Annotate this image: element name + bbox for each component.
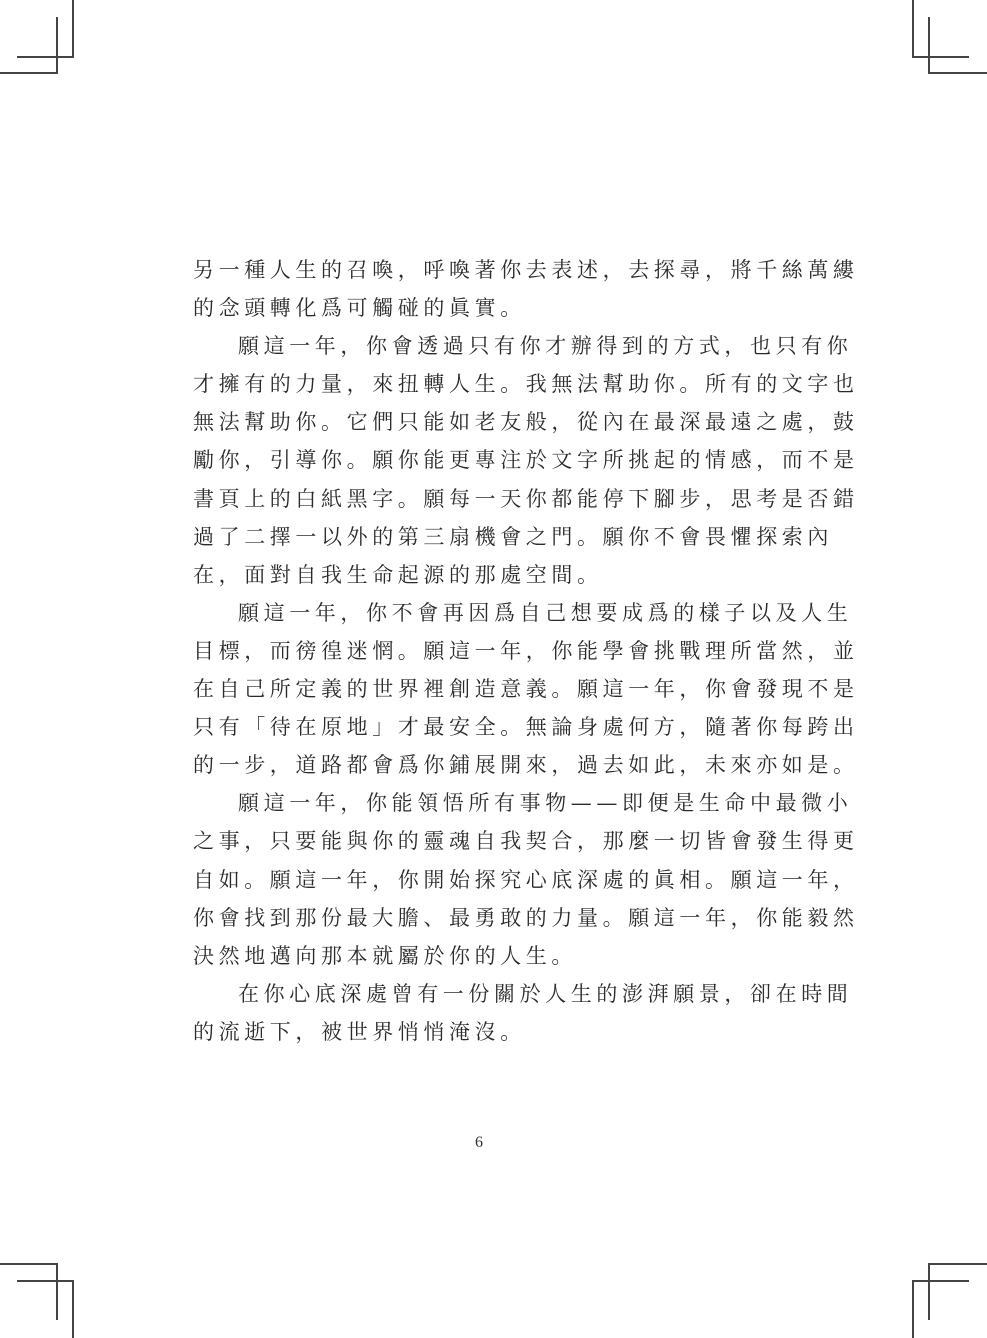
text-line: 只有「待在原地」才最安全。無論身處何方，隨著你每跨出 xyxy=(193,708,771,746)
paragraph: 另一種人生的召喚，呼喚著你去表述，去探尋，將千絲萬縷 的念頭轉化爲可觸碰的眞實。 xyxy=(193,251,771,327)
text-line: 願這一年，你能領悟所有事物——即便是生命中最微小 xyxy=(193,784,771,822)
text-line: 無法幫助你。它們只能如老友般，從內在最深最遠之處，鼓 xyxy=(193,403,771,441)
crop-mark-top-right-outer-vertical xyxy=(912,0,914,58)
crop-mark-bottom-right-inner-vertical xyxy=(928,1263,930,1320)
text-line: 書頁上的白紙黑字。願每一天你都能停下腳步，思考是否錯 xyxy=(193,480,771,518)
page-number: 6 xyxy=(0,1134,958,1152)
text-line: 另一種人生的召喚，呼喚著你去表述，去探尋，將千絲萬縷 xyxy=(193,251,771,289)
text-line: 願這一年，你會透過只有你才辦得到的方式，也只有你 xyxy=(193,327,771,365)
text-line: 勵你，引導你。願你能更專注於文字所挑起的情感，而不是 xyxy=(193,441,771,479)
crop-mark-bottom-right-outer-horizontal xyxy=(912,1280,969,1282)
crop-mark-top-left-outer-horizontal xyxy=(17,56,74,58)
paragraph: 願這一年，你不會再因爲自己想要成爲的樣子以及人生 目標，而徬徨迷惘。願這一年，你… xyxy=(193,594,771,784)
text-line: 之事，只要能與你的靈魂自我契合，那麼一切皆會發生得更 xyxy=(193,822,771,860)
text-line: 的一步，道路都會爲你鋪展開來，過去如此，未來亦如是。 xyxy=(193,746,771,784)
crop-mark-top-right-outer-horizontal xyxy=(912,56,969,58)
crop-mark-top-right-inner-horizontal xyxy=(928,72,987,74)
paragraph: 在你心底深處曾有一份關於人生的澎湃願景，卻在時間 的流逝下，被世界悄悄淹沒。 xyxy=(193,975,771,1051)
text-line: 在自己所定義的世界裡創造意義。願這一年，你會發現不是 xyxy=(193,670,771,708)
crop-mark-top-right-inner-vertical xyxy=(928,17,930,74)
text-line: 的念頭轉化爲可觸碰的眞實。 xyxy=(193,289,771,327)
text-line: 在，面對自我生命起源的那處空間。 xyxy=(193,556,771,594)
paragraph: 願這一年，你會透過只有你才辦得到的方式，也只有你 才擁有的力量，來扭轉人生。我無… xyxy=(193,327,771,594)
crop-mark-bottom-left-inner-vertical xyxy=(56,1263,58,1320)
crop-mark-top-left-outer-vertical xyxy=(72,0,74,58)
text-line: 目標，而徬徨迷惘。願這一年，你能學會挑戰理所當然，並 xyxy=(193,632,771,670)
crop-mark-bottom-right-inner-horizontal xyxy=(928,1263,987,1265)
crop-mark-top-left-inner-vertical xyxy=(56,17,58,74)
text-line: 在你心底深處曾有一份關於人生的澎湃願景，卻在時間 xyxy=(193,975,771,1013)
page-body-text: 另一種人生的召喚，呼喚著你去表述，去探尋，將千絲萬縷 的念頭轉化爲可觸碰的眞實。… xyxy=(193,251,771,1051)
crop-mark-bottom-left-inner-horizontal xyxy=(0,1263,58,1265)
crop-mark-top-left-inner-horizontal xyxy=(0,72,58,74)
crop-mark-bottom-right-outer-vertical xyxy=(912,1280,914,1338)
text-line: 你會找到那份最大膽、最勇敢的力量。願這一年，你能毅然 xyxy=(193,899,771,937)
crop-mark-bottom-left-outer-horizontal xyxy=(17,1280,74,1282)
crop-mark-bottom-left-outer-vertical xyxy=(72,1280,74,1338)
text-line: 過了二擇一以外的第三扇機會之門。願你不會畏懼探索內 xyxy=(193,518,771,556)
text-line: 自如。願這一年，你開始探究心底深處的眞相。願這一年， xyxy=(193,861,771,899)
text-line: 決然地邁向那本就屬於你的人生。 xyxy=(193,937,771,975)
text-line: 才擁有的力量，來扭轉人生。我無法幫助你。所有的文字也 xyxy=(193,365,771,403)
paragraph: 願這一年，你能領悟所有事物——即便是生命中最微小 之事，只要能與你的靈魂自我契合… xyxy=(193,784,771,974)
text-line: 願這一年，你不會再因爲自己想要成爲的樣子以及人生 xyxy=(193,594,771,632)
text-line: 的流逝下，被世界悄悄淹沒。 xyxy=(193,1013,771,1051)
